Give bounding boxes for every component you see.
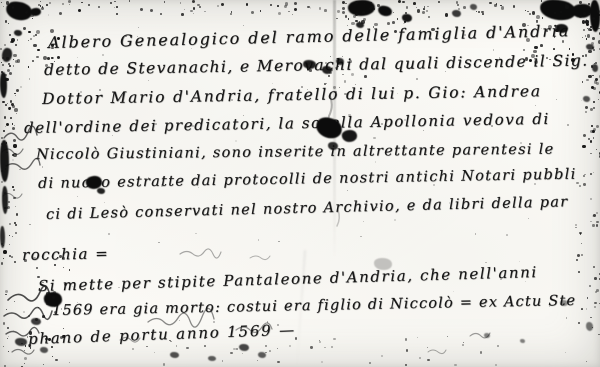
- manuscript-page: Albero Genealogico del ramo delle famigl…: [0, 0, 600, 367]
- ink-blot: [239, 344, 249, 351]
- ink-blot: [592, 64, 598, 72]
- ink-blot: [341, 129, 358, 143]
- ink-blot: [402, 14, 412, 22]
- ink-blot: [377, 5, 393, 17]
- manuscript-line: detto de Stevanachi, e Merovachi dal qua…: [44, 51, 589, 79]
- ink-blot: [0, 72, 7, 98]
- manuscript-line: Albero Genealogico del ramo delle famigl…: [48, 21, 571, 52]
- ink-blot: [40, 347, 48, 353]
- ink-blot: [586, 44, 594, 50]
- ink-blot: [2, 186, 8, 214]
- ink-blot: [0, 226, 5, 248]
- ink-blot: [347, 0, 376, 17]
- manuscript-line: phano de portu anno 1569 —: [28, 321, 296, 348]
- manuscript-line: rocchia =: [22, 244, 110, 264]
- manuscript-line: di nuovo estratte dai protocolli de nost…: [38, 167, 577, 192]
- ink-blot: [0, 140, 9, 182]
- ink-blot: [336, 58, 344, 65]
- ink-blot: [583, 96, 590, 102]
- ink-blot: [470, 4, 477, 10]
- ink-blot: [484, 333, 490, 338]
- ink-blot: [356, 22, 364, 28]
- ink-blot: [97, 188, 105, 194]
- manuscript-line: Niccolò Giustiniani, sono inserite in al…: [36, 142, 555, 163]
- scanned-manuscript: Albero Genealogico del ramo delle famigl…: [0, 0, 600, 367]
- ink-blot: [560, 300, 568, 306]
- ink-blot: [590, 0, 600, 32]
- ink-blot: [0, 47, 13, 63]
- ink-blot: [556, 24, 568, 33]
- manuscript-line: dell'ordine dei predicatori, la sorella …: [24, 110, 550, 137]
- ink-blot: [31, 318, 41, 325]
- manuscript-line: 1569 era gia morto: costui era figlio di…: [52, 293, 577, 319]
- ink-blot: [322, 66, 332, 74]
- ink-blot: [328, 142, 338, 150]
- manuscript-line: Si mette per stipite Pantaleone d'Andria…: [38, 263, 538, 295]
- ink-blot: [208, 356, 216, 361]
- ink-blot: [15, 338, 27, 346]
- ink-blot: [170, 352, 179, 358]
- ink-blot: [303, 60, 316, 69]
- ink-blot: [452, 10, 461, 17]
- ink-blot: [374, 258, 392, 270]
- ink-blot: [258, 352, 266, 358]
- manuscript-line: ci di Lesò conservati nel nostro Archivi…: [46, 194, 569, 223]
- manuscript-line: Dottor Mario d'Andria, fratello di lui p…: [42, 82, 542, 108]
- ink-blot: [520, 339, 525, 343]
- ink-blot: [586, 322, 593, 331]
- ink-blot: [14, 30, 22, 36]
